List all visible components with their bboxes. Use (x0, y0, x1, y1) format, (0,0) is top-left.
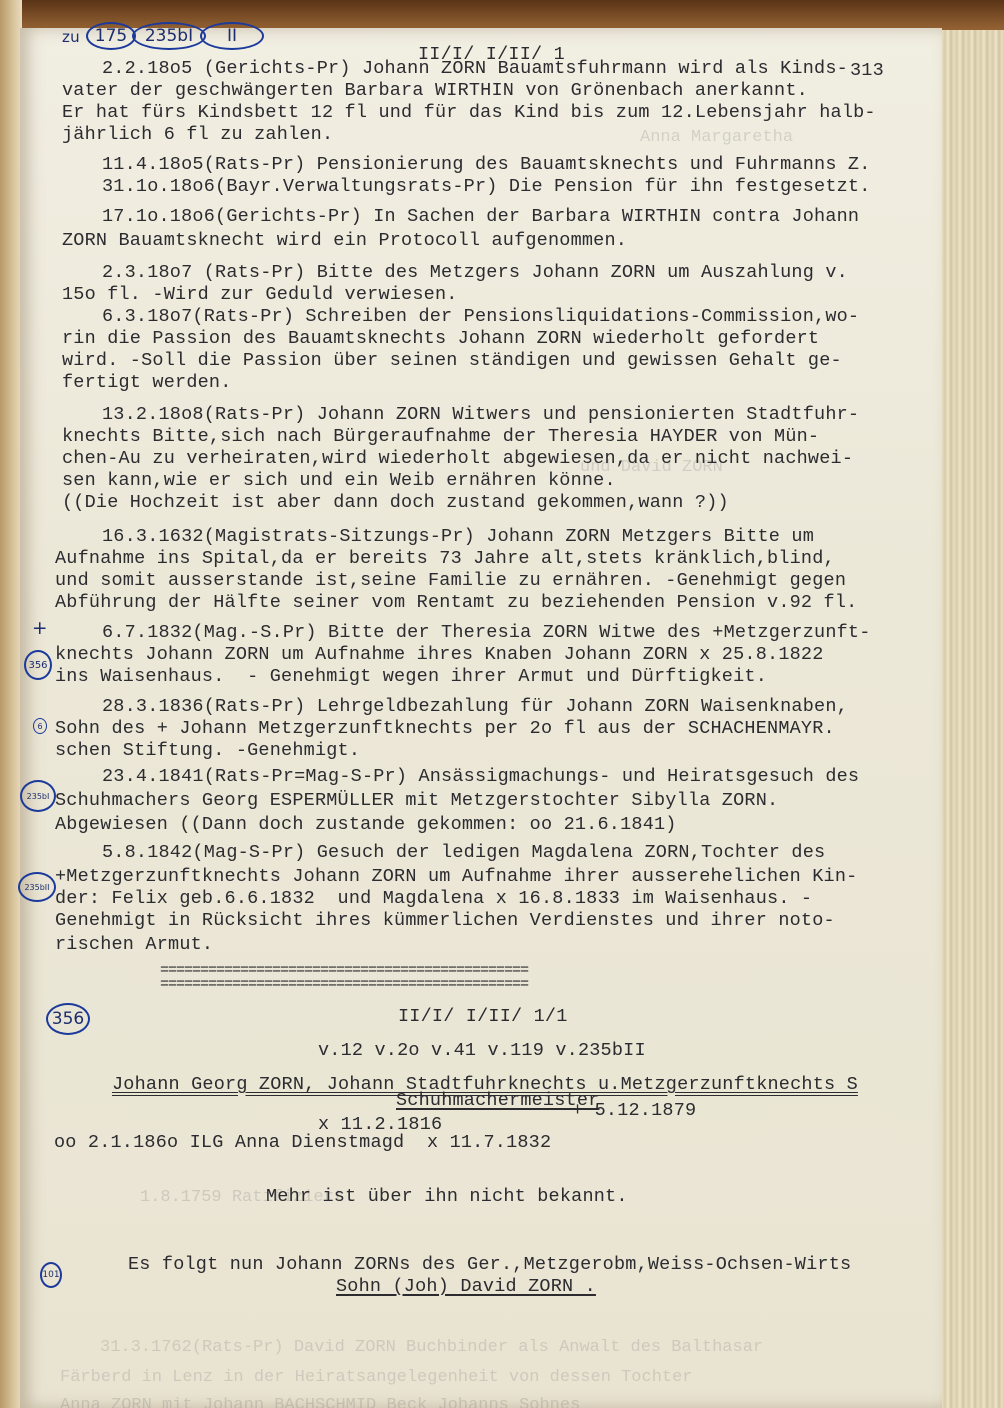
continuation-line: Es folgt nun Johann ZORNs des Ger.,Metzg… (128, 1254, 851, 1275)
entry-line: Schuhmachers Georg ESPERMÜLLER mit Metzg… (55, 790, 778, 811)
margin-reference-circle: 6 (33, 718, 47, 734)
margin-cross-mark: + (32, 618, 48, 639)
person-note: Mehr ist über ihn nicht bekannt. (266, 1186, 628, 1207)
entry-line: knechts Bitte,sich nach Bürgeraufnahme d… (62, 426, 819, 447)
entry-line: Er hat fürs Kindsbett 12 fl und für das … (62, 102, 876, 123)
bleed-through-text: Färberd in Lenz in der Heiratsangelegenh… (60, 1368, 693, 1387)
bleed-through-text: Anna Margaretha (640, 128, 793, 147)
entry-line: 6.3.18o7(Rats-Pr) Schreiben der Pensions… (102, 306, 859, 327)
entry-line: rin die Passion des Bauamtsknechts Johan… (62, 328, 819, 349)
margin-reference-circle: 235bI (20, 780, 56, 812)
reference-number: 175 (95, 26, 127, 46)
entry-line: vater der geschwängerten Barbara WIRTHIN… (62, 80, 808, 101)
book-spine-shadow (0, 0, 22, 1408)
margin-reference-circle: 356 (24, 650, 52, 680)
entry-line: sen kann,wie er sich und ein Weib ernähr… (62, 470, 616, 491)
entry-line: Aufnahme ins Spital,da er bereits 73 Jah… (55, 548, 835, 569)
entry-line: fertigt werden. (62, 372, 232, 393)
person-reference-circle: 356 (46, 1003, 90, 1035)
reference-prefix: zu (62, 28, 80, 46)
margin-reference-number: 356 (28, 660, 47, 671)
entry-line: 2.2.18o5 (Gerichts-Pr) Johann ZORN Bauam… (102, 58, 848, 79)
person-occupation: Schuhmachermeister (396, 1090, 599, 1111)
entry-line: wird. -Soll die Passion über seinen stän… (62, 350, 842, 371)
entry-line: schen Stiftung. -Genehmigt. (55, 740, 360, 761)
reference-circle: 235bI (132, 22, 206, 50)
entry-line: 15o fl. -Wird zur Geduld verwiesen. (62, 284, 458, 305)
bleed-through-text: Anna ZORN mit Johann BACHSCHMID Beck Joh… (60, 1396, 580, 1408)
entry-line: knechts Johann ZORN um Aufnahme ihres Kn… (55, 644, 824, 665)
person-references: v.12 v.2o v.41 v.119 v.235bII (318, 1040, 646, 1061)
entry-line: 16.3.1632(Magistrats-Sitzungs-Pr) Johann… (102, 526, 814, 547)
margin-reference-circle: 235bII (18, 872, 56, 902)
continuation-line: Sohn (Joh) David ZORN . (336, 1276, 596, 1297)
reference-circle: II (200, 22, 264, 50)
person-section-code: II/I/ I/II/ 1/1 (398, 1006, 568, 1027)
section-divider: ========================================… (160, 976, 820, 993)
person-reference-number: 356 (52, 1009, 84, 1029)
entry-line: ((Die Hochzeit ist aber dann doch zustan… (62, 492, 729, 513)
continuation-reference-circle: 101 (40, 1262, 62, 1288)
entry-line: 23.4.1841(Rats-Pr=Mag-S-Pr) Ansässigmach… (102, 766, 859, 787)
entry-line: Abführung der Hälfte seiner vom Rentamt … (55, 592, 857, 613)
book-page-edges (940, 30, 1004, 1408)
reference-circle: 175 (86, 22, 136, 50)
page-number: 313 (850, 60, 884, 81)
person-death: + 5.12.1879 (572, 1100, 696, 1121)
entry-line: ZORN Bauamtsknecht wird ein Protocoll au… (62, 230, 627, 251)
continuation-reference-number: 101 (42, 1270, 59, 1280)
entry-line: der: Felix geb.6.6.1832 und Magdalena x … (55, 888, 812, 909)
entry-line: +Metzgerzunftknechts Johann ZORN um Aufn… (55, 866, 857, 887)
entry-line: rischen Armut. (55, 934, 213, 955)
entry-line: 31.1o.18o6(Bayr.Verwaltungsrats-Pr) Die … (102, 176, 871, 197)
margin-reference-number: 6 (37, 722, 42, 731)
entry-line: 28.3.1836(Rats-Pr) Lehrgeldbezahlung für… (102, 696, 848, 717)
margin-reference-number: 235bI (27, 792, 50, 801)
entry-line: ins Waisenhaus. - Genehmigt wegen ihrer … (55, 666, 767, 687)
bleed-through-text: 31.3.1762(Rats-Pr) David ZORN Buchbinder… (100, 1338, 763, 1357)
entry-line: 6.7.1832(Mag.-S.Pr) Bitte der Theresia Z… (102, 622, 871, 643)
entry-line: 13.2.18o8(Rats-Pr) Johann ZORN Witwers u… (102, 404, 859, 425)
margin-reference-number: 235bII (24, 883, 49, 892)
entry-line: Genehmigt in Rücksicht ihres kümmerliche… (55, 910, 835, 931)
reference-number: II (227, 26, 237, 46)
entry-line: 11.4.18o5(Rats-Pr) Pensionierung des Bau… (102, 154, 871, 175)
person-marriage: oo 2.1.186o ILG Anna Dienstmagd x 11.7.1… (54, 1132, 551, 1153)
entry-line: 17.1o.18o6(Gerichts-Pr) In Sachen der Ba… (102, 206, 859, 227)
entry-line: Sohn des + Johann Metzgerzunftknechts pe… (55, 718, 835, 739)
reference-number: 235bI (145, 26, 193, 46)
entry-line: 2.3.18o7 (Rats-Pr) Bitte des Metzgers Jo… (102, 262, 848, 283)
entry-line: 5.8.1842(Mag-S-Pr) Gesuch der ledigen Ma… (102, 842, 825, 863)
entry-line: Abgewiesen ((Dann doch zustande gekommen… (55, 814, 677, 835)
entry-line: chen-Au zu verheiraten,wird wiederholt a… (62, 448, 853, 469)
entry-line: und somit ausserstande ist,seine Familie… (55, 570, 846, 591)
entry-line: jährlich 6 fl zu zahlen. (62, 124, 333, 145)
